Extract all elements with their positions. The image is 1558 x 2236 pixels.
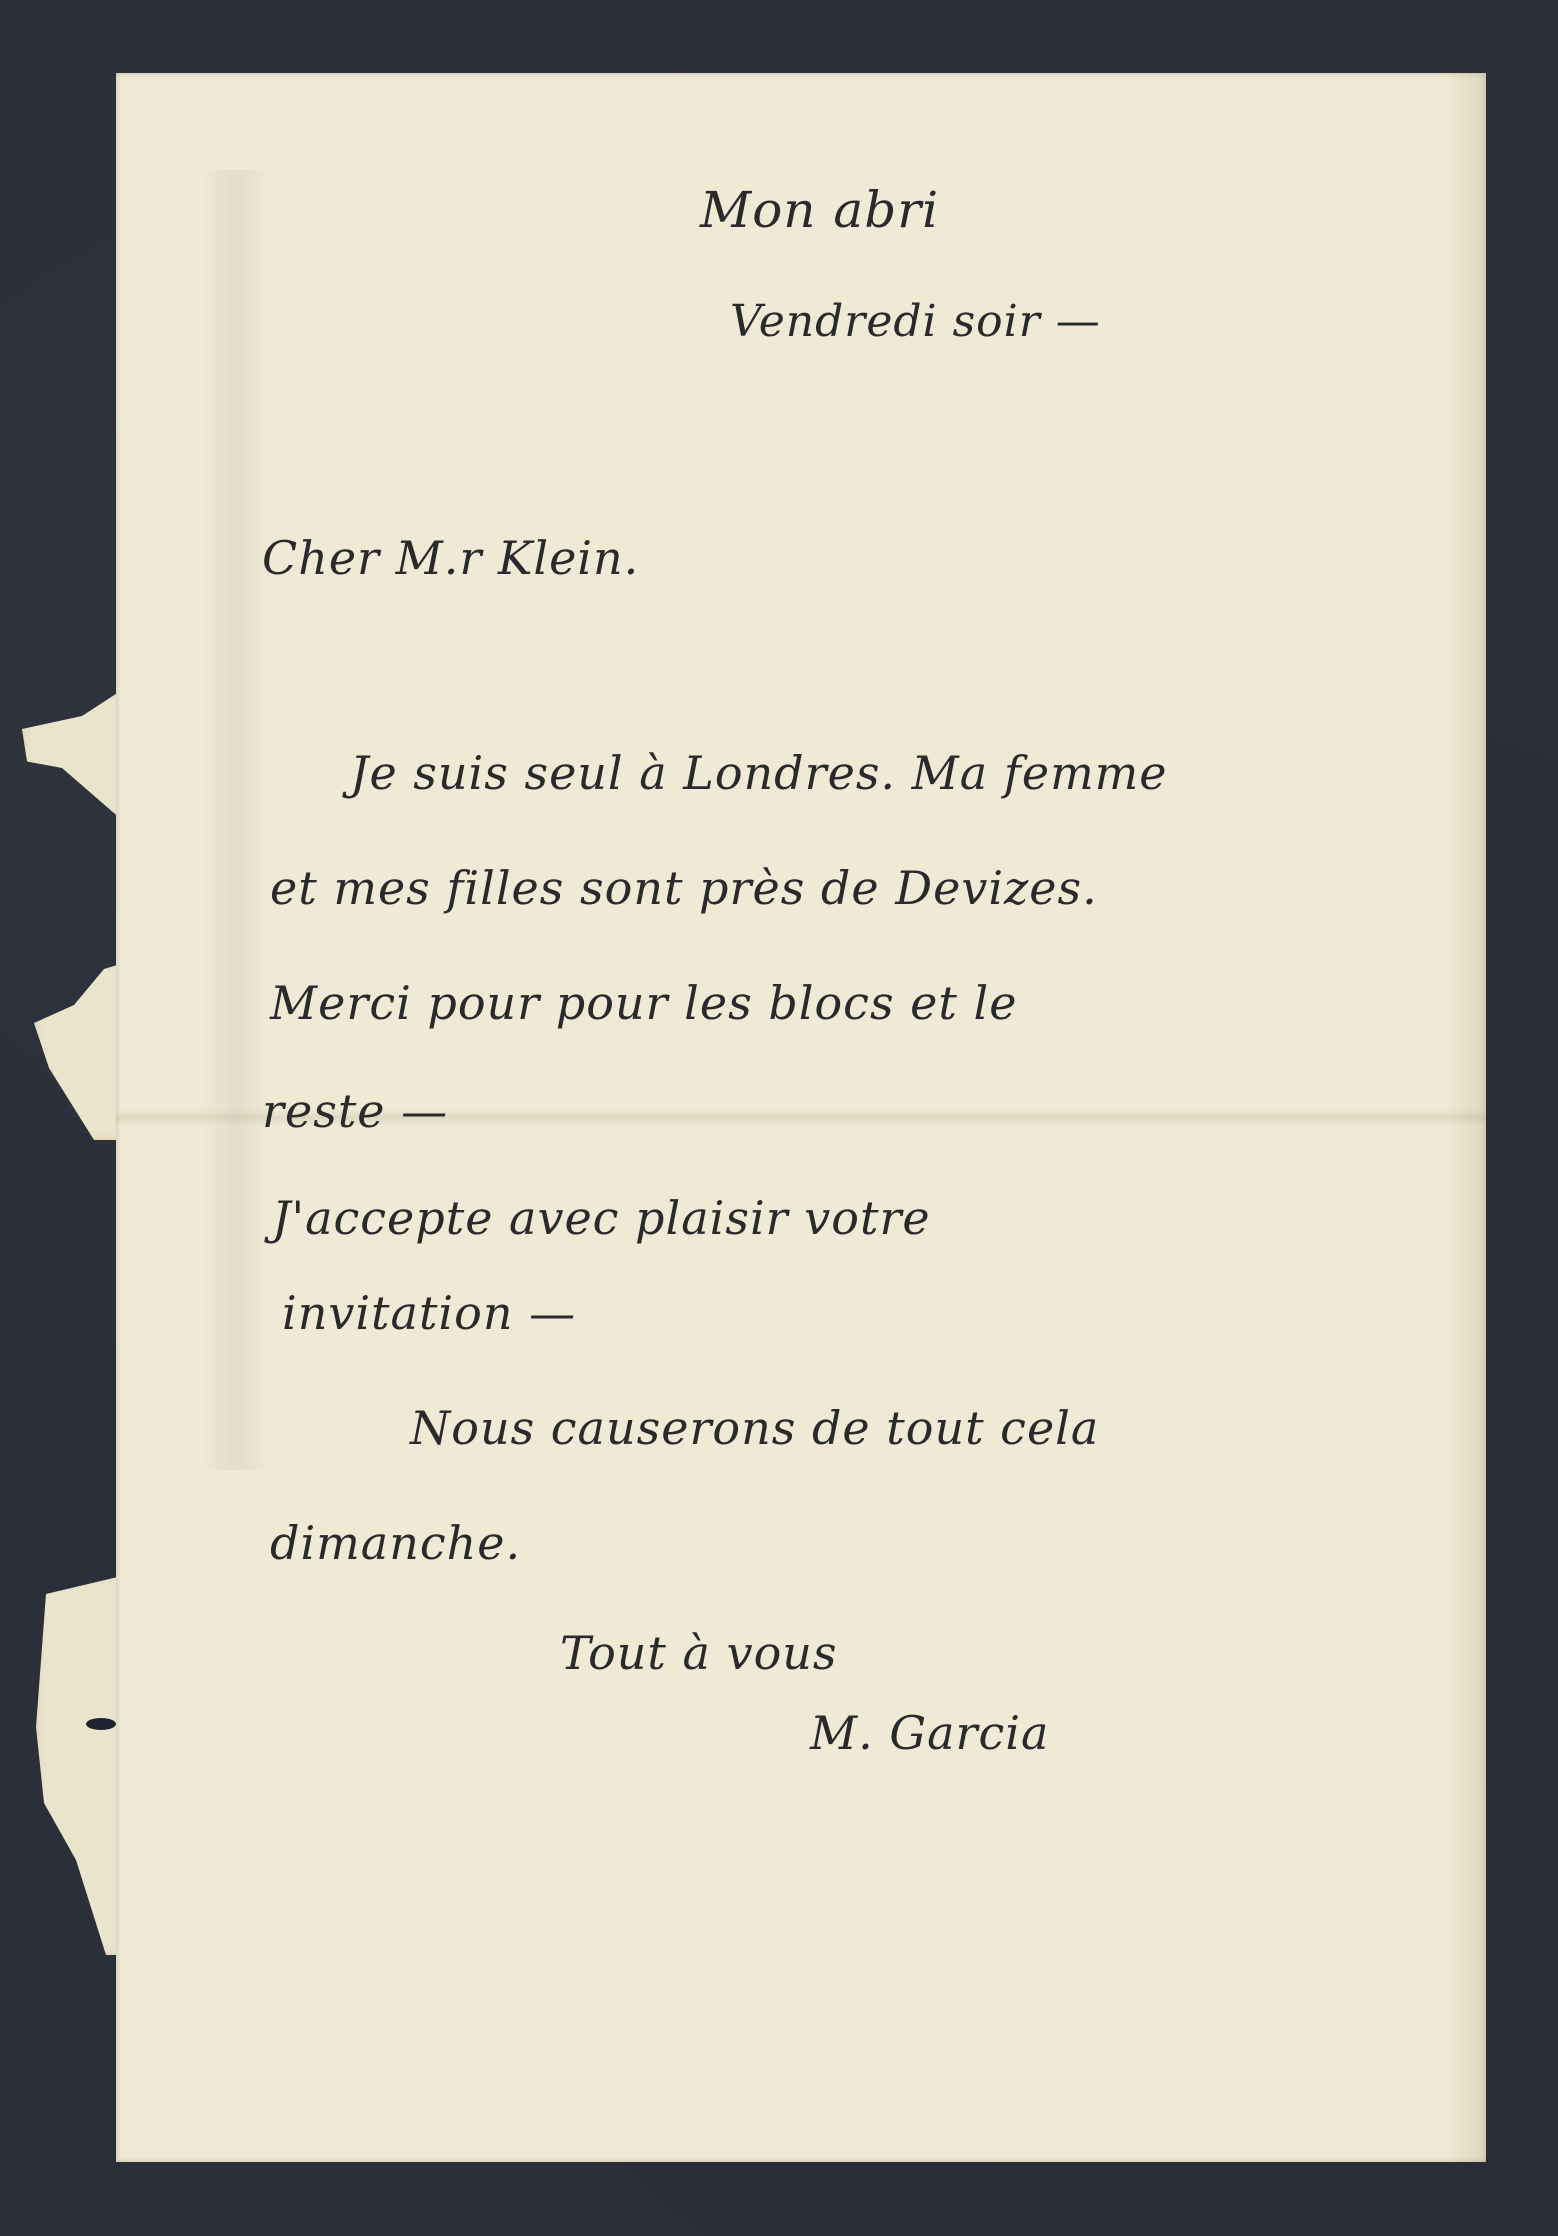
letter-body-line: J'accepte avec plaisir votre xyxy=(272,1195,931,1241)
letter-body-line: reste — xyxy=(262,1088,448,1134)
letter-date: Vendredi soir — xyxy=(730,300,1101,344)
letter-body-line: et mes filles sont près de Devizes. xyxy=(270,865,1098,911)
letter-salutation: Cher M.r Klein. xyxy=(262,535,639,581)
letter-place: Mon abri xyxy=(700,185,939,235)
letter-body-line: dimanche. xyxy=(270,1520,521,1566)
letter-body-line: Nous causerons de tout cela xyxy=(410,1405,1099,1451)
letter-signature: M. Garcia xyxy=(810,1710,1049,1756)
letter-body-line: Je suis seul à Londres. Ma femme xyxy=(350,750,1168,796)
letter-closing: Tout à vous xyxy=(560,1630,838,1676)
letter-body-line: invitation — xyxy=(282,1290,576,1336)
letter-body-line: Merci pour pour les blocs et le xyxy=(270,980,1017,1026)
ink-blot xyxy=(86,1718,116,1730)
